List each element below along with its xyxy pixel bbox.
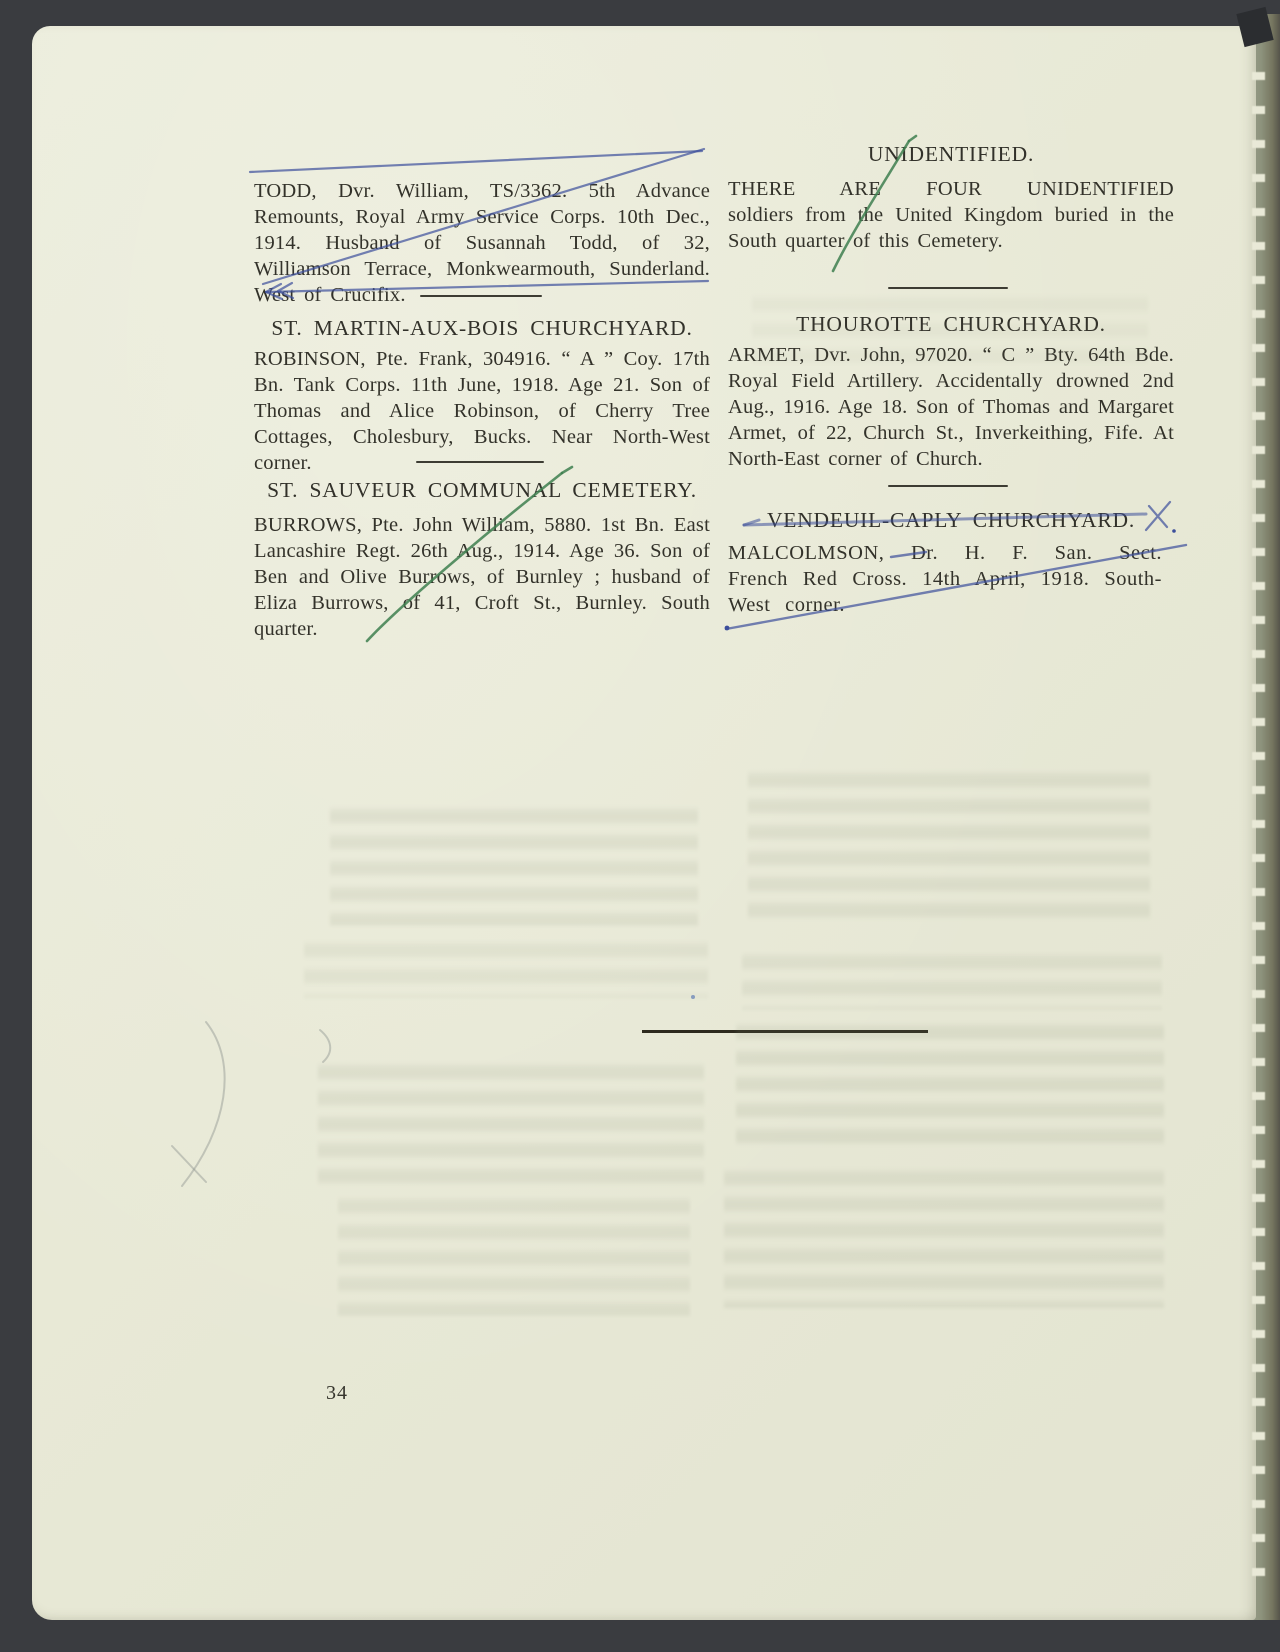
showthrough-ghost [736,1022,1164,1152]
malcolmson-entry: MALCOLMSON, Dr. H. F. San. Sect. French … [728,540,1162,618]
todd-entry-text: Dvr. William, TS/3362. 5th Advance Remou… [254,180,710,306]
showthrough-ghost [748,770,1150,920]
section-divider [888,287,1008,289]
showthrough-ghost [752,294,1148,364]
showthrough-ghost [304,940,708,998]
unidentified-heading: UNIDENTIFIED. [728,142,1174,166]
robinson-entry: ROBINSON, Pte. Frank, 304916. “ A ” Coy.… [254,346,710,476]
burrows-entry: BURROWS, Pte. John William, 5880. 1st Bn… [254,512,710,642]
scanned-register-photo: TODD, Dvr. William, TS/3362. 5th Advance… [0,0,1280,1652]
showthrough-ghost [330,806,698,926]
register-page: TODD, Dvr. William, TS/3362. 5th Advance… [32,26,1256,1620]
todd-entry: TODD, Dvr. William, TS/3362. 5th Advance… [254,178,710,308]
st-sauveur-heading: ST. SAUVEUR COMMUNAL CEMETERY. [254,478,710,502]
page-edge-perforations [1252,46,1265,1591]
malcolmson-before: MALCOLMSON, [728,542,911,564]
st-martin-heading: ST. MARTIN-AUX-BOIS CHURCHYARD. [254,316,710,340]
page-number: 34 [326,1382,348,1405]
section-divider [416,461,544,463]
showthrough-ghost [318,1062,704,1192]
showthrough-ghost [742,952,1162,1010]
section-divider [420,295,542,297]
vendeuil-heading: VENDEUIL-CAPLY CHURCHYARD. [728,508,1174,532]
showthrough-ghost [724,1168,1164,1308]
todd-entry-name: TODD, [254,180,317,202]
section-divider [888,485,1008,487]
malcolmson-struck-rank: Dr. [911,542,938,564]
unidentified-line1: THERE ARE FOUR UNIDENTIFIED [728,176,1174,202]
showthrough-ghost [338,1196,690,1316]
unidentified-rest: soldiers from the United Kingdom buried … [728,202,1174,254]
